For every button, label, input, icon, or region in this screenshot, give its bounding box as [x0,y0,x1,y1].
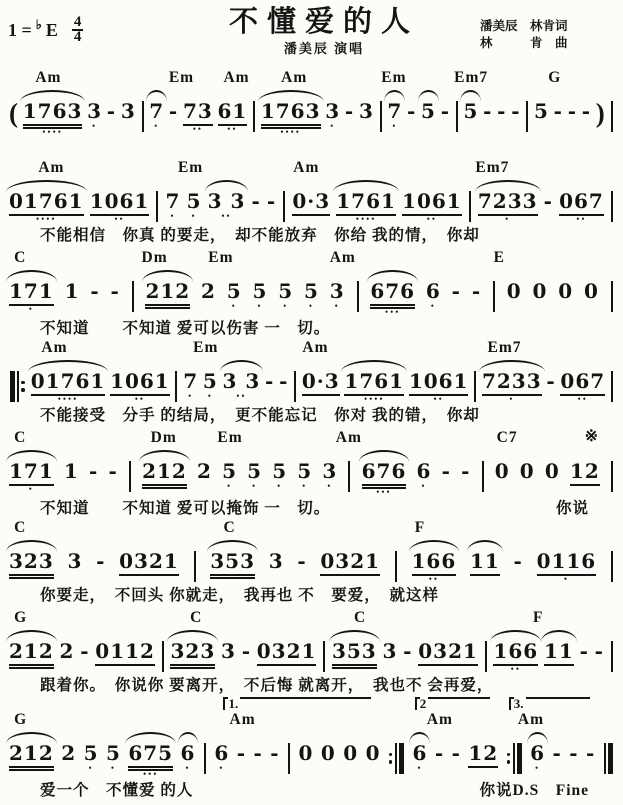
time-signature-numerator: 4 [74,16,82,29]
note-token: 067•• [560,370,605,403]
note-token: - [107,100,116,123]
tie-arc [6,630,57,642]
note-token: 0321 [320,550,380,576]
note-text: - [582,100,591,123]
note-token: 73•• [183,100,213,133]
note-text: 323 [170,640,215,669]
octave-dots: • [111,765,116,772]
note-text: 0 [520,460,535,483]
note-text: - [403,640,412,663]
note-token: 12 [570,460,600,486]
note-text: 7 [183,370,198,393]
note-token: 0 [545,460,560,483]
note-text: - [546,370,555,393]
note-token: 1 [64,460,79,483]
octave-dots: • [232,303,237,310]
note-token: 3 [382,640,397,663]
note-token: 0·3 [292,190,330,216]
chord-label: Am [41,339,67,357]
note-token: - [237,742,246,765]
lyric-text: 不知道 不知道 爱可以掩饰 一 切。 [8,496,330,518]
note-token: 3 3•• [223,370,261,400]
note-token: 0112 [95,640,155,666]
score-body: AmEmAmAmEmEm7G(1763••••3•-37•-73••61••17… [8,66,615,786]
tie-arc [341,360,407,372]
tie-arc [418,90,439,102]
note-token: - [595,640,604,663]
note-token: - [80,640,89,663]
note-token: 353 [332,640,377,669]
chord-label: Em7 [488,339,522,357]
lyric-row: 跟着你。 你说你 要离开， 不后悔 就离开， 我也不 会再爱， [8,673,615,695]
bar-stroke [608,743,613,774]
octave-dots: •••• [42,129,63,136]
flat-symbol: ♭ [36,17,42,33]
barline [493,280,495,312]
note-text: 1763 [23,100,83,129]
chord-label: Em [169,69,194,87]
barline [323,640,325,672]
octave-dots: • [509,396,514,403]
lyric-text: 不能接受 分手 的结局， 更不能忘记 你对 我的错， 你却 [8,403,480,425]
tie-arc [28,360,109,372]
note-text: 3 3 [223,370,261,393]
chord-label: Dm [142,249,168,267]
note-token: - [89,460,98,483]
note-text: 5 [84,742,99,765]
note-token: 1761•••• [344,370,404,403]
note-text: - [254,742,263,765]
octave-dots: • [535,765,540,772]
note-text: 0321 [320,550,380,576]
note-token: 6• [426,280,441,310]
score-line: GCCF2122-01123233-03213533-0321166••11--… [8,606,615,696]
note-token: 0116• [537,550,597,583]
barline [611,640,613,672]
note-token: 2 [61,742,76,765]
tie-arc [384,90,405,102]
note-text: 1061 [110,370,170,396]
note-token: 5• [247,460,262,490]
bar-stroke [611,551,613,582]
note-text: 5 [187,190,202,213]
note-token: 1763•••• [23,100,83,136]
note-text: 3 [325,100,340,123]
tie-arc [139,450,190,462]
repeat-barline [507,742,522,774]
chord-label: Em [217,429,242,447]
barline [611,190,613,222]
note-text: - [89,460,98,483]
score-line: AmEmAmAmEmEm7G(1763••••3•-37•-73••61••17… [8,66,615,156]
lyric-row: 不能接受 分手 的结局， 更不能忘记 你对 我的错， 你却 [8,403,615,425]
tie-arc [409,540,460,552]
tie-arc [205,180,249,192]
barline [204,742,206,774]
note-text: 3 [359,100,374,123]
tie-arc [167,630,218,642]
score-line: AmEmAmEm701761••••1061••7•5•3 3••--0·317… [8,156,615,246]
barline [283,190,285,222]
note-token: 3 [359,100,374,123]
chord-row: GCCF [8,606,615,627]
bar-stroke [611,191,613,222]
note-text: 3 [67,550,82,573]
chord-label: C [14,519,26,537]
bar-stroke [357,281,359,312]
note-token: 7233• [482,370,542,403]
note-text: 353 [332,640,377,669]
note-text: 1 [65,280,80,303]
note-text: 0 [495,460,510,483]
note-text: - [80,640,89,663]
song-title: 不懂爱的人 [168,6,480,38]
chord-label: F [533,609,543,627]
notes-row: 21225•5•675•••6•6•---00006•--126•--- [8,729,615,778]
barline [194,550,196,582]
note-text: 5 [253,280,268,303]
note-text: 7 [387,100,402,123]
note-token: 1061•• [90,190,150,223]
segno-mark: ※ [585,426,598,446]
note-token: 3 [221,640,236,663]
tie-arc [207,540,258,552]
bar-stroke [288,743,290,774]
note-text: - [237,742,246,765]
note-token: 5• [304,280,319,310]
chord-label: F [415,519,425,537]
bar-stroke [156,191,158,222]
chord-row: AmEmAmEm7 [8,156,615,177]
note-text: 61 [218,100,248,126]
note-token: - [345,100,354,123]
barline [611,550,613,582]
note-token: 0 [343,742,358,765]
note-token: 067•• [559,190,604,223]
note-text: 12 [468,742,498,768]
note-text: 5 [297,460,312,483]
barline [132,280,134,312]
octave-dots: •• [511,666,521,673]
lyric-right-text: 你说 [556,496,615,518]
note-text: 676 [370,280,415,309]
note-text: - [441,100,450,123]
barline [162,640,164,672]
octave-dots: • [92,123,97,130]
bar-stroke [474,371,476,402]
note-token: 2 [197,460,212,483]
note-text: 212 [9,640,54,669]
note-text: 212 [9,742,54,771]
octave-dots: • [302,483,307,490]
note-text: 0 [507,280,522,303]
note-token: 6• [214,742,229,772]
note-token: 5• [187,190,202,220]
note-token: - [582,100,591,123]
note-text: 1761 [336,190,396,216]
barline [395,550,397,582]
note-text: - [511,100,520,123]
note-token: - [110,280,119,303]
note-token: - [251,190,260,213]
notes-row: 2122-01123233-03213533-0321166••11-- [8,627,615,673]
bar-stroke [485,641,487,672]
note-text: 7 [149,100,164,123]
lyric-row: 爱一个 不懂爱 的人你说D.S Fine [8,778,615,800]
lyric-text: 爱一个 不懂爱 的人 [8,778,193,800]
note-text: 0·3 [292,190,330,216]
note-text: - [544,190,553,213]
note-token: - [169,100,178,123]
note-token: 3• [322,460,337,490]
notes-row: 01761••••1061••7•5•3 3••--0·31761••••106… [8,357,615,403]
note-token: - [514,550,523,573]
lyric-row: 不知道 不知道 爱可以伤害 一 切。 [8,316,615,338]
note-token: 7• [183,370,198,400]
lyric-text: 跟着你。 你说你 要离开， 不后悔 就离开， 我也不 会再爱， [8,673,493,695]
barline [474,370,476,402]
note-text: 3 [330,280,345,303]
barline [611,370,613,402]
note-text: 5 [222,460,237,483]
note-token: 0 [533,280,548,303]
bar-stroke [395,743,397,774]
octave-dots: •• [236,393,246,400]
bar-stroke [611,281,613,312]
notes-row: 3233-03213533-0321166••11-0116• [8,537,615,583]
octave-dots: ••• [376,489,391,496]
octave-dots: •••• [58,396,79,403]
chord-label: Am [427,711,453,729]
note-text: 2 [61,742,76,765]
note-text: - [96,550,105,573]
bar-stroke [611,371,613,402]
note-text: - [497,100,506,123]
note-token: 3• [330,280,345,310]
note-token: 11 [470,550,500,576]
note-token: - [586,742,595,765]
repeat-barline [10,370,25,402]
note-token: 7• [387,100,402,130]
barline [611,280,613,312]
note-text: 6 [181,742,196,765]
note-token: 3 [269,550,284,573]
note-token: - [265,370,274,393]
octave-dots: • [327,483,332,490]
note-token: 7• [166,190,181,220]
note-token: 1061•• [110,370,170,403]
note-token: 3 [67,550,82,573]
chord-label: Em7 [475,159,509,177]
note-token: 5• [203,370,218,400]
note-text: - [345,100,354,123]
tie-arc [541,630,577,642]
note-text: - [483,100,492,123]
chord-label: Em [208,249,233,267]
credits: 潘美辰 林肯词 林 肯 曲 [480,6,615,52]
note-token: 5 [421,100,436,123]
note-token: - [442,460,451,483]
note-token: 0 [321,742,336,765]
chord-row: CDmEmAmE [8,246,615,267]
note-token: 0321 [418,640,478,666]
note-token: 1761•••• [336,190,396,223]
note-text: 0 [298,742,313,765]
repeat-dots [507,749,511,768]
barline [357,280,359,312]
octave-dots: • [185,765,190,772]
chord-row: AmEmAmEm7 [8,336,615,357]
octave-dots: • [29,486,34,493]
chord-label: G [14,609,27,627]
bar-stroke [175,371,177,402]
score-line: CDmEmAmC7※171•1--21225•5•5•5•3•676•••6•-… [8,426,615,516]
note-text: 01761 [9,190,84,216]
note-token: 5• [253,280,268,310]
note-text: - [552,742,561,765]
note-text: 2 [197,460,212,483]
octave-dots: •• [427,216,437,223]
tie-arc [20,90,86,102]
note-token: - [483,100,492,123]
note-text: 0 [343,742,358,765]
note-text: 6 [412,742,427,765]
octave-dots: • [188,393,193,400]
tie-arc [6,450,57,462]
bar-stroke [380,101,382,132]
octave-dots: •••• [364,396,385,403]
note-token: 6• [181,742,196,772]
ending-number: 3. [514,696,526,712]
note-token: - [497,100,506,123]
note-text: 067 [559,190,604,216]
note-text: - [514,550,523,573]
bar-stroke [469,191,471,222]
tie-arc [479,360,545,372]
octave-dots: •• [135,396,145,403]
note-token: - [242,640,251,663]
note-text: 3 [382,640,397,663]
note-text: - [580,640,589,663]
note-token: 01761•••• [31,370,106,403]
note-text: 0321 [257,640,317,666]
octave-dots: • [335,303,340,310]
note-token: 7233• [478,190,538,223]
final-barline [604,742,613,774]
tie-arc [125,732,176,744]
bar-stroke [456,101,458,132]
note-text: - [279,370,288,393]
note-token: 5 [534,100,549,123]
lyric-row: 不能相信 你真 的要走， 却不能放弃 你给 我的情， 你却 [8,223,615,245]
octave-dots: • [283,303,288,310]
octave-dots: • [505,216,510,223]
note-text: 353 [210,550,255,579]
note-token: 5• [297,460,312,490]
tie-arc [359,450,410,462]
octave-dots: • [309,303,314,310]
barline [156,190,158,222]
chord-label: C [354,609,366,627]
note-text: 0321 [119,550,179,576]
note-token: 5• [106,742,121,772]
sheet-music-page: 1 =♭E 4 4 不懂爱的人 潘美辰 演唱 潘美辰 林肯词 林 肯 曲 AmE… [0,0,623,805]
repeat-dots [21,377,25,396]
note-token: - [546,370,555,393]
ending-bracket: 2 [415,697,490,710]
note-token: 0 [520,460,535,483]
note-token: 675••• [128,742,173,778]
chord-label: Am [518,711,544,729]
note-token: 6• [412,742,427,772]
tie-arc [460,90,481,102]
chord-label: E [494,249,505,267]
octave-dots: •• [433,396,443,403]
lyric-text: 不知道 不知道 爱可以伤害 一 切。 [8,316,330,338]
lyric-row: 不知道 不知道 爱可以掩饰 一 切。你说 [8,496,615,518]
note-text: 5 [106,742,121,765]
note-text: 323 [9,550,54,579]
note-text: 067 [560,370,605,396]
bar-stroke [604,743,606,774]
octave-dots: • [208,393,213,400]
bar-stroke [611,461,613,492]
chord-label: G [14,711,27,729]
bar-stroke [399,743,404,774]
notes-row: 171•1--21225•5•5•5•3•676•••6•--0000 [8,267,615,316]
note-text: - [251,190,260,213]
chord-row: 1.23.GAmAmAm [8,696,615,729]
octave-dots: • [170,213,175,220]
octave-dots: •• [227,126,237,133]
note-text: 7233 [478,190,538,216]
octave-dots: •• [576,216,586,223]
octave-dots: •• [578,396,588,403]
header: 1 =♭E 4 4 不懂爱的人 潘美辰 演唱 潘美辰 林肯词 林 肯 曲 [8,6,615,66]
chord-label: Am [223,69,249,87]
note-token: 7• [149,100,164,130]
note-token: 1061•• [409,370,469,403]
notes-row: 171•1--21225•5•5•5•3•676•••6•--00012 [8,447,615,496]
octave-dots: • [252,483,257,490]
bar-stroke [17,371,19,402]
note-token: 0321 [257,640,317,666]
note-token: - [90,280,99,303]
note-token: 3• [325,100,340,130]
note-text: 5 [421,100,436,123]
note-text: - [107,100,116,123]
bar-stroke [204,743,206,774]
barline [380,100,382,132]
note-token: 5• [272,460,287,490]
barline [288,742,290,774]
bar-stroke [10,371,15,402]
octave-dots: • [431,303,436,310]
note-text: 2 [60,640,75,663]
note-text: - [569,742,578,765]
octave-dots: •• [221,213,231,220]
note-token: 12 [468,742,498,768]
barline [348,460,350,492]
parenthesis: ) [596,100,605,126]
tie-arc [6,540,57,552]
lyric-row: 你要走， 不回头 你就走， 我再也 不 要爱， 就这样 [8,583,615,605]
notes-row: (1763••••3•-37•-73••61••1763••••3•-37•-5… [8,87,615,136]
bar-stroke [129,461,131,492]
note-token: 171• [9,460,54,493]
tie-arc [333,180,399,192]
note-text: 0 [558,280,573,303]
